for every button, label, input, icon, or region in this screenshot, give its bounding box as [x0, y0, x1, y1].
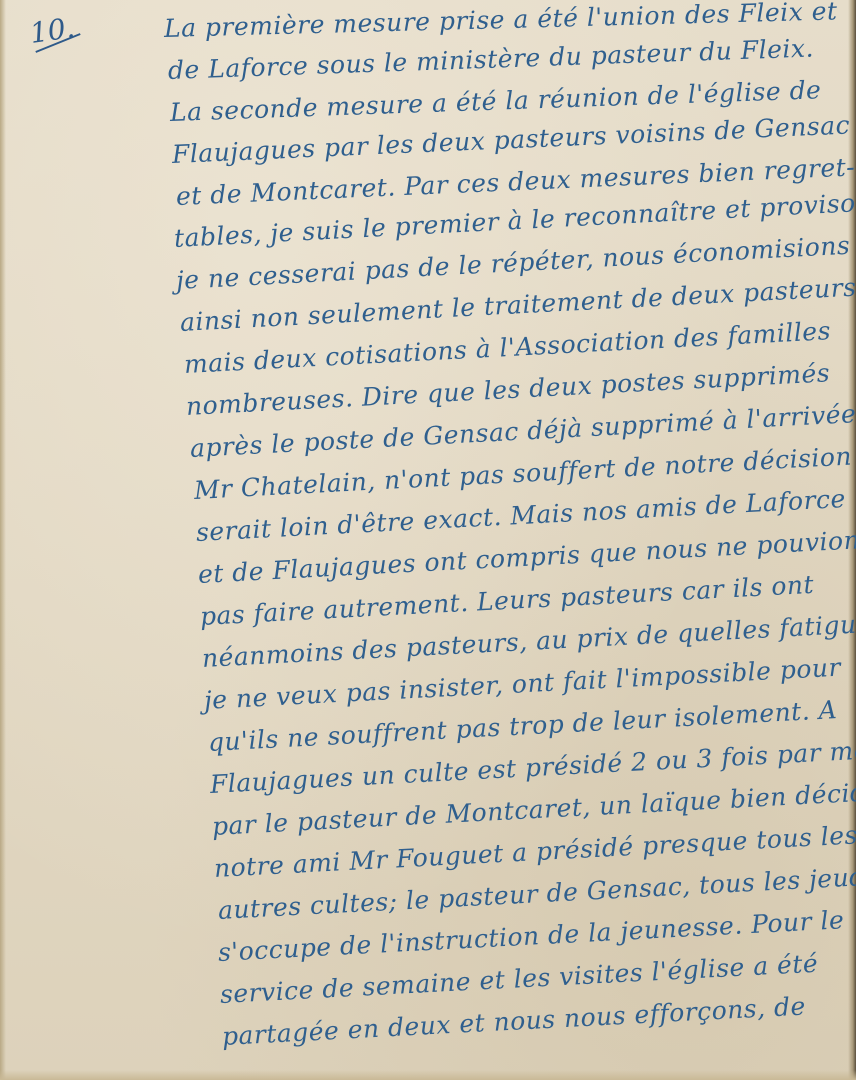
handwritten-line: de Laforce sous le ministère du pasteur … — [167, 33, 814, 85]
scanned-letter-page: 10. La première mesure prise a été l'uni… — [0, 0, 856, 1080]
handwritten-text-body: La première mesure prise a été l'union d… — [0, 0, 856, 1080]
